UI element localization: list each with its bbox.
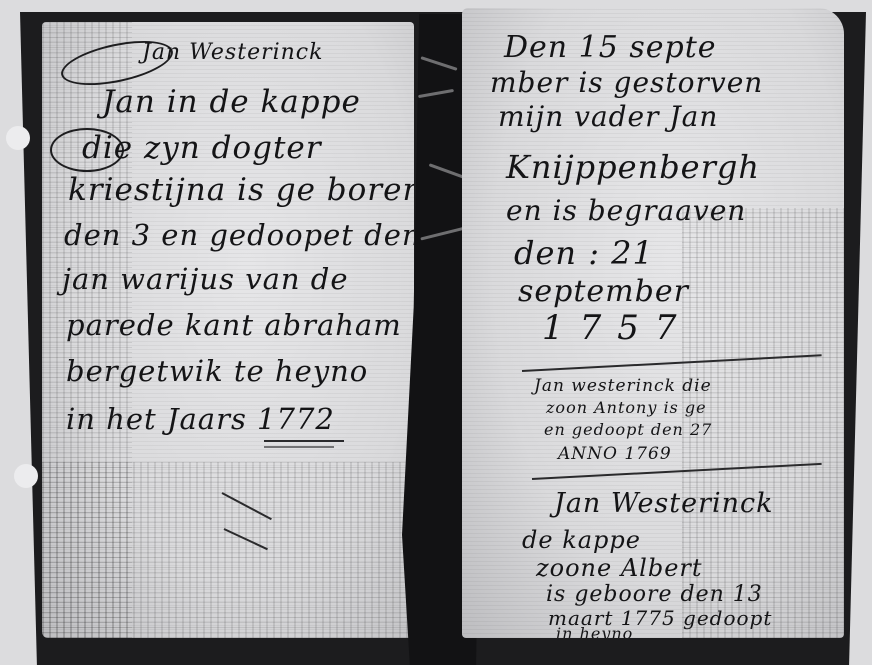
right-entry2-line-2: zoon Antony is ge (546, 398, 707, 417)
scanned-document: Jan Westerinck Jan in de kappe die zyn d… (0, 0, 872, 665)
left-line-8: in het Jaars 1772 (66, 402, 335, 436)
left-heading: Jan Westerinck (142, 40, 323, 65)
pen-stroke (224, 528, 268, 550)
left-page: Jan Westerinck Jan in de kappe die zyn d… (42, 22, 414, 638)
underline-rule (264, 446, 334, 448)
left-line-2: die zyn dogter (82, 130, 322, 166)
punch-hole-bottom (14, 464, 38, 488)
right-entry1-line-6: den : 21 (514, 234, 654, 272)
right-entry1-line-1: Den 15 septe (504, 30, 717, 65)
right-entry1-year: 1757 (542, 308, 693, 348)
entry-divider (522, 354, 822, 372)
right-entry2-line-1: Jan westerinck die (534, 376, 712, 396)
right-entry1-line-4: Knijppenbergh (506, 148, 760, 186)
left-line-5: jan warijus van de (62, 262, 349, 296)
pen-stroke (222, 492, 272, 520)
punch-hole-top (6, 126, 30, 150)
right-entry3-line-3: zoone Albert (536, 554, 703, 582)
right-entry1-line-3: mijn vader Jan (498, 100, 718, 133)
entry-divider (532, 463, 822, 480)
right-entry1-line-2: mber is gestorven (490, 66, 763, 99)
paper-texture (42, 462, 414, 638)
left-line-4: den 3 en gedoopet den 5 (64, 218, 414, 252)
right-entry3-line-2: de kappe (522, 526, 641, 554)
right-entry1-line-7: september (518, 274, 689, 309)
right-entry2-line-4: ANNO 1769 (558, 444, 672, 464)
left-line-1: Jan in de kappe (102, 84, 361, 120)
right-page: Den 15 septe mber is gestorven mijn vade… (462, 8, 844, 638)
underline-rule (264, 440, 344, 442)
left-line-3: kriestijna is ge boren (68, 172, 414, 208)
right-entry3-line-6: in heyno (556, 624, 633, 638)
right-entry3-line-1: Jan Westerinck (554, 488, 774, 519)
right-entry3-line-4: is geboore den 13 (546, 582, 763, 607)
left-line-6: parede kant abraham (66, 308, 402, 342)
right-entry2-line-3: en gedoopt den 27 (544, 420, 712, 439)
left-line-7: bergetwik te heyno (66, 354, 368, 388)
right-entry1-line-5: en is begraaven (506, 194, 746, 227)
